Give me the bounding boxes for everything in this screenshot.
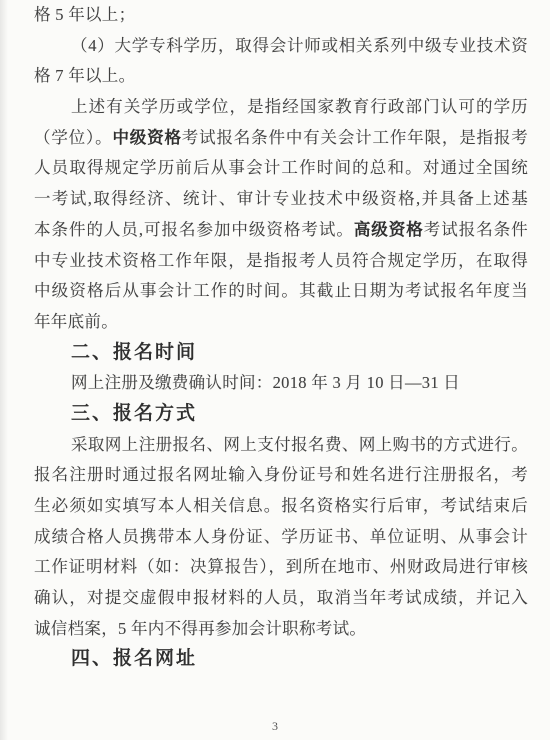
text-segment: 中专业技术资格工作年限，是指报考人员符合规定学历，在取得 xyxy=(34,251,528,270)
heading-line: 二、报名时间 xyxy=(34,338,528,369)
text-line: 一考试,取得经济、统计、审计专业技术中级资格,并具备上述基 xyxy=(34,184,528,215)
text-line: 格 5 年以上； xyxy=(34,0,528,31)
text-line: 上述有关学历或学位，是指经国家教育行政部门认可的学历 xyxy=(34,92,528,123)
text-segment: 考试报名条件中有关会计工作年限，是指报考 xyxy=(182,128,528,147)
bold-text-segment: 高级资格 xyxy=(354,220,424,239)
document-body: 格 5 年以上；（4）大学专科学历，取得会计师或相关系列中级专业技术资格 7 年… xyxy=(34,0,528,675)
text-line: 中专业技术资格工作年限，是指报考人员符合规定学历，在取得 xyxy=(34,246,528,277)
text-segment: 网上注册及缴费确认时间：2018 年 3 月 10 日—31 日 xyxy=(71,373,460,392)
heading-line: 三、报名方式 xyxy=(34,399,528,430)
text-segment: 格 5 年以上； xyxy=(34,5,135,24)
text-line: 本条件的人员,可报名参加中级资格考试。高级资格考试报名条件 xyxy=(34,215,528,246)
text-segment: 生必须如实填写本人相关信息。报名资格实行后审，考试结束后 xyxy=(34,496,528,515)
text-segment: 考试报名条件 xyxy=(424,220,528,239)
text-segment: （学位）。 xyxy=(34,128,112,147)
text-segment: 确认，对提交虚假申报材料的人员，取消当年考试成绩，并记入 xyxy=(34,588,528,607)
text-line: 诚信档案，5 年内不得再参加会计职称考试。 xyxy=(34,614,528,645)
text-segment: （4）大学专科学历，取得会计师或相关系列中级专业技术资 xyxy=(71,36,528,55)
text-line: 格 7 年以上。 xyxy=(34,61,528,92)
text-line: 网上注册及缴费确认时间：2018 年 3 月 10 日—31 日 xyxy=(34,368,528,399)
text-line: 年年底前。 xyxy=(34,307,528,338)
text-line: 工作证明材料（如：决算报告），到所在地市、州财政局进行审核 xyxy=(34,552,528,583)
heading-line: 四、报名网址 xyxy=(34,644,528,675)
text-segment: 采取网上注册报名、网上支付报名费、网上购书的方式进行。 xyxy=(71,435,528,454)
text-segment: 诚信档案，5 年内不得再参加会计职称考试。 xyxy=(34,619,366,638)
bold-text-segment: 四、报名网址 xyxy=(71,648,197,669)
text-segment: 上述有关学历或学位，是指经国家教育行政部门认可的学历 xyxy=(71,97,528,116)
bold-text-segment: 中级资格 xyxy=(112,128,181,147)
text-line: （学位）。中级资格考试报名条件中有关会计工作年限，是指报考 xyxy=(34,123,528,154)
bold-text-segment: 三、报名方式 xyxy=(71,403,197,424)
text-segment: 人员取得规定学历前后从事会计工作时间的总和。对通过全国统 xyxy=(34,158,528,177)
text-line: 确认，对提交虚假申报材料的人员，取消当年考试成绩，并记入 xyxy=(34,583,528,614)
text-segment: 成绩合格人员携带本人身份证、学历证书、单位证明、从事会计 xyxy=(34,527,528,546)
text-segment: 年年底前。 xyxy=(34,312,118,331)
text-line: （4）大学专科学历，取得会计师或相关系列中级专业技术资 xyxy=(34,31,528,62)
bold-text-segment: 二、报名时间 xyxy=(71,342,197,363)
text-segment: 格 7 年以上。 xyxy=(34,66,135,85)
page-number: 3 xyxy=(0,719,550,734)
text-line: 生必须如实填写本人相关信息。报名资格实行后审，考试结束后 xyxy=(34,491,528,522)
text-segment: 本条件的人员,可报名参加中级资格考试。 xyxy=(34,220,354,239)
text-line: 采取网上注册报名、网上支付报名费、网上购书的方式进行。 xyxy=(34,430,528,461)
text-line: 中级资格后从事会计工作的时间。其截止日期为考试报名年度当 xyxy=(34,276,528,307)
text-segment: 工作证明材料（如：决算报告），到所在地市、州财政局进行审核 xyxy=(34,557,528,576)
text-segment: 中级资格后从事会计工作的时间。其截止日期为考试报名年度当 xyxy=(34,281,528,300)
text-line: 人员取得规定学历前后从事会计工作时间的总和。对通过全国统 xyxy=(34,153,528,184)
document-page: 格 5 年以上；（4）大学专科学历，取得会计师或相关系列中级专业技术资格 7 年… xyxy=(0,0,550,740)
text-segment: 报名注册时通过报名网址输入身份证号和姓名进行注册报名，考 xyxy=(34,465,528,484)
text-line: 成绩合格人员携带本人身份证、学历证书、单位证明、从事会计 xyxy=(34,522,528,553)
text-segment: 一考试,取得经济、统计、审计专业技术中级资格,并具备上述基 xyxy=(34,189,528,208)
text-line: 报名注册时通过报名网址输入身份证号和姓名进行注册报名，考 xyxy=(34,460,528,491)
